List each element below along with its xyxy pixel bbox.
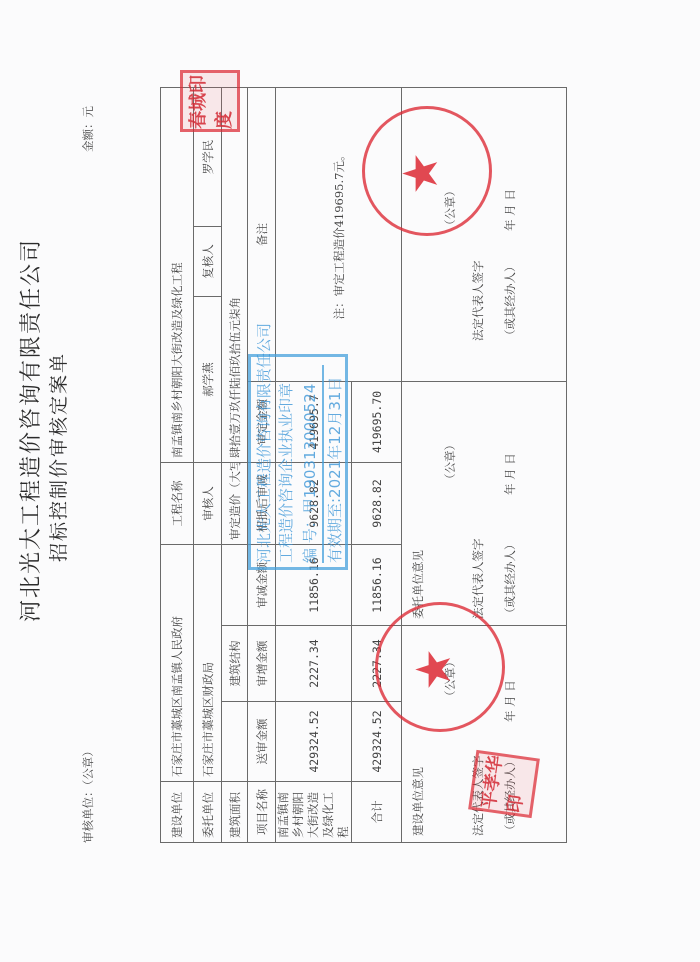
header-increase: 审增金额 xyxy=(248,626,276,702)
row-client-unit: 委托单位 石家庄市藁城区财政局 审核人 郝学燕 复核人 罗学民 xyxy=(194,87,222,842)
star-icon: ★ xyxy=(393,152,449,195)
reviewer-label: 复核人 xyxy=(194,226,222,296)
personal-seal-left: 平孝华印 xyxy=(468,750,540,818)
header-project-name: 项目名称 xyxy=(248,782,276,843)
form-title: 招标控制价审核定案单 xyxy=(44,352,71,562)
building-area-value xyxy=(222,702,248,782)
company-title: 河北光大工程造价咨询有限责任公司 xyxy=(14,238,45,622)
row-building-area: 建筑面积 建筑结构 审定造价（大写） 肆拾壹万玖仟陆佰玖拾伍元柒角 xyxy=(222,87,248,842)
row-construction-unit: 建设单位 石家庄市藁城区南孟镇人民政府 工程名称 南孟镇南乡村朝阳大街改造及绿化… xyxy=(161,87,194,842)
project-name-label: 工程名称 xyxy=(161,462,194,544)
qualification-seal-line4: 有效期至:2021年12月31日 xyxy=(322,365,345,563)
auditor-value: 郝学燕 xyxy=(194,296,222,462)
qualification-seal-line3: 编 号：甲190313000524 xyxy=(299,384,320,563)
row-increase: 2227.34 xyxy=(276,626,352,702)
audit-table: 建设单位 石家庄市藁城区南孟镇人民政府 工程名称 南孟镇南乡村朝阳大街改造及绿化… xyxy=(160,87,567,843)
project-name-value: 南孟镇南乡村朝阳大街改造及绿化工程 xyxy=(161,87,194,462)
qualification-seal-line2: 工程造价咨询企业执业印章 xyxy=(275,383,296,563)
document-page: 河北光大工程造价咨询有限责任公司 招标控制价审核定案单 审核单位：（公章） 金额… xyxy=(0,0,700,962)
auditor-label: 审核人 xyxy=(194,462,222,544)
approved-price-value: 肆拾壹万玖仟陆佰玖拾伍元柒角 xyxy=(222,87,248,462)
client-date-label: 年 月 日 xyxy=(502,453,518,495)
audit-unit-label: 审核单位：（公章） xyxy=(80,745,96,843)
client-rep-label: 法定代表人签字 xyxy=(470,539,486,620)
government-seal: ★ xyxy=(375,602,505,732)
construction-unit-label: 建设单位 xyxy=(161,782,194,843)
construction-unit-value: 石家庄市藁城区南孟镇人民政府 xyxy=(161,544,194,781)
row-project-name: 南孟镇南乡村朝阳大街改造及绿化工程 xyxy=(276,782,352,843)
company-seal: ★ xyxy=(362,106,492,236)
header-submitted: 送审金额 xyxy=(248,702,276,782)
building-structure-label: 建筑结构 xyxy=(222,626,248,702)
audit-date-label: 年 月 日 xyxy=(502,189,518,231)
building-structure-value xyxy=(222,544,248,625)
qualification-seal-line1: 河北光大工程造价咨询有限责任公司 xyxy=(253,323,274,563)
total-approved: 419695.70 xyxy=(352,381,402,462)
total-net-decrease: 9628.82 xyxy=(352,462,402,544)
total-decrease: 11856.16 xyxy=(352,544,402,625)
currency-note: 金额：元 xyxy=(80,106,96,152)
audit-rep-label: 法定代表人签字 xyxy=(470,260,486,341)
building-area-label: 建筑面积 xyxy=(222,782,248,843)
row-submitted: 429324.52 xyxy=(276,702,352,782)
approved-price-label: 审定造价（大写） xyxy=(222,462,248,544)
total-label: 合计 xyxy=(352,782,402,843)
client-unit-label: 委托单位 xyxy=(194,782,222,843)
client-seal-label: （公章） xyxy=(442,439,458,485)
construction-opinion-label: 建设单位意见 xyxy=(410,767,426,836)
qualification-seal: 河北光大工程造价咨询有限责任公司 工程造价咨询企业执业印章 编 号：甲19031… xyxy=(248,354,348,570)
audit-agent-label: （或其经办人） xyxy=(502,260,518,341)
client-agent-label: （或其经办人） xyxy=(502,539,518,620)
construction-date-label: 年 月 日 xyxy=(502,680,518,722)
client-unit-value: 石家庄市藁城区财政局 xyxy=(194,544,222,781)
client-unit-opinion: 委托单位意见 （公章） 法定代表人签字 （或其经办人） 年 月 日 xyxy=(402,381,567,625)
personal-seal-right: 春城印度 xyxy=(180,70,240,132)
star-icon: ★ xyxy=(406,648,462,691)
